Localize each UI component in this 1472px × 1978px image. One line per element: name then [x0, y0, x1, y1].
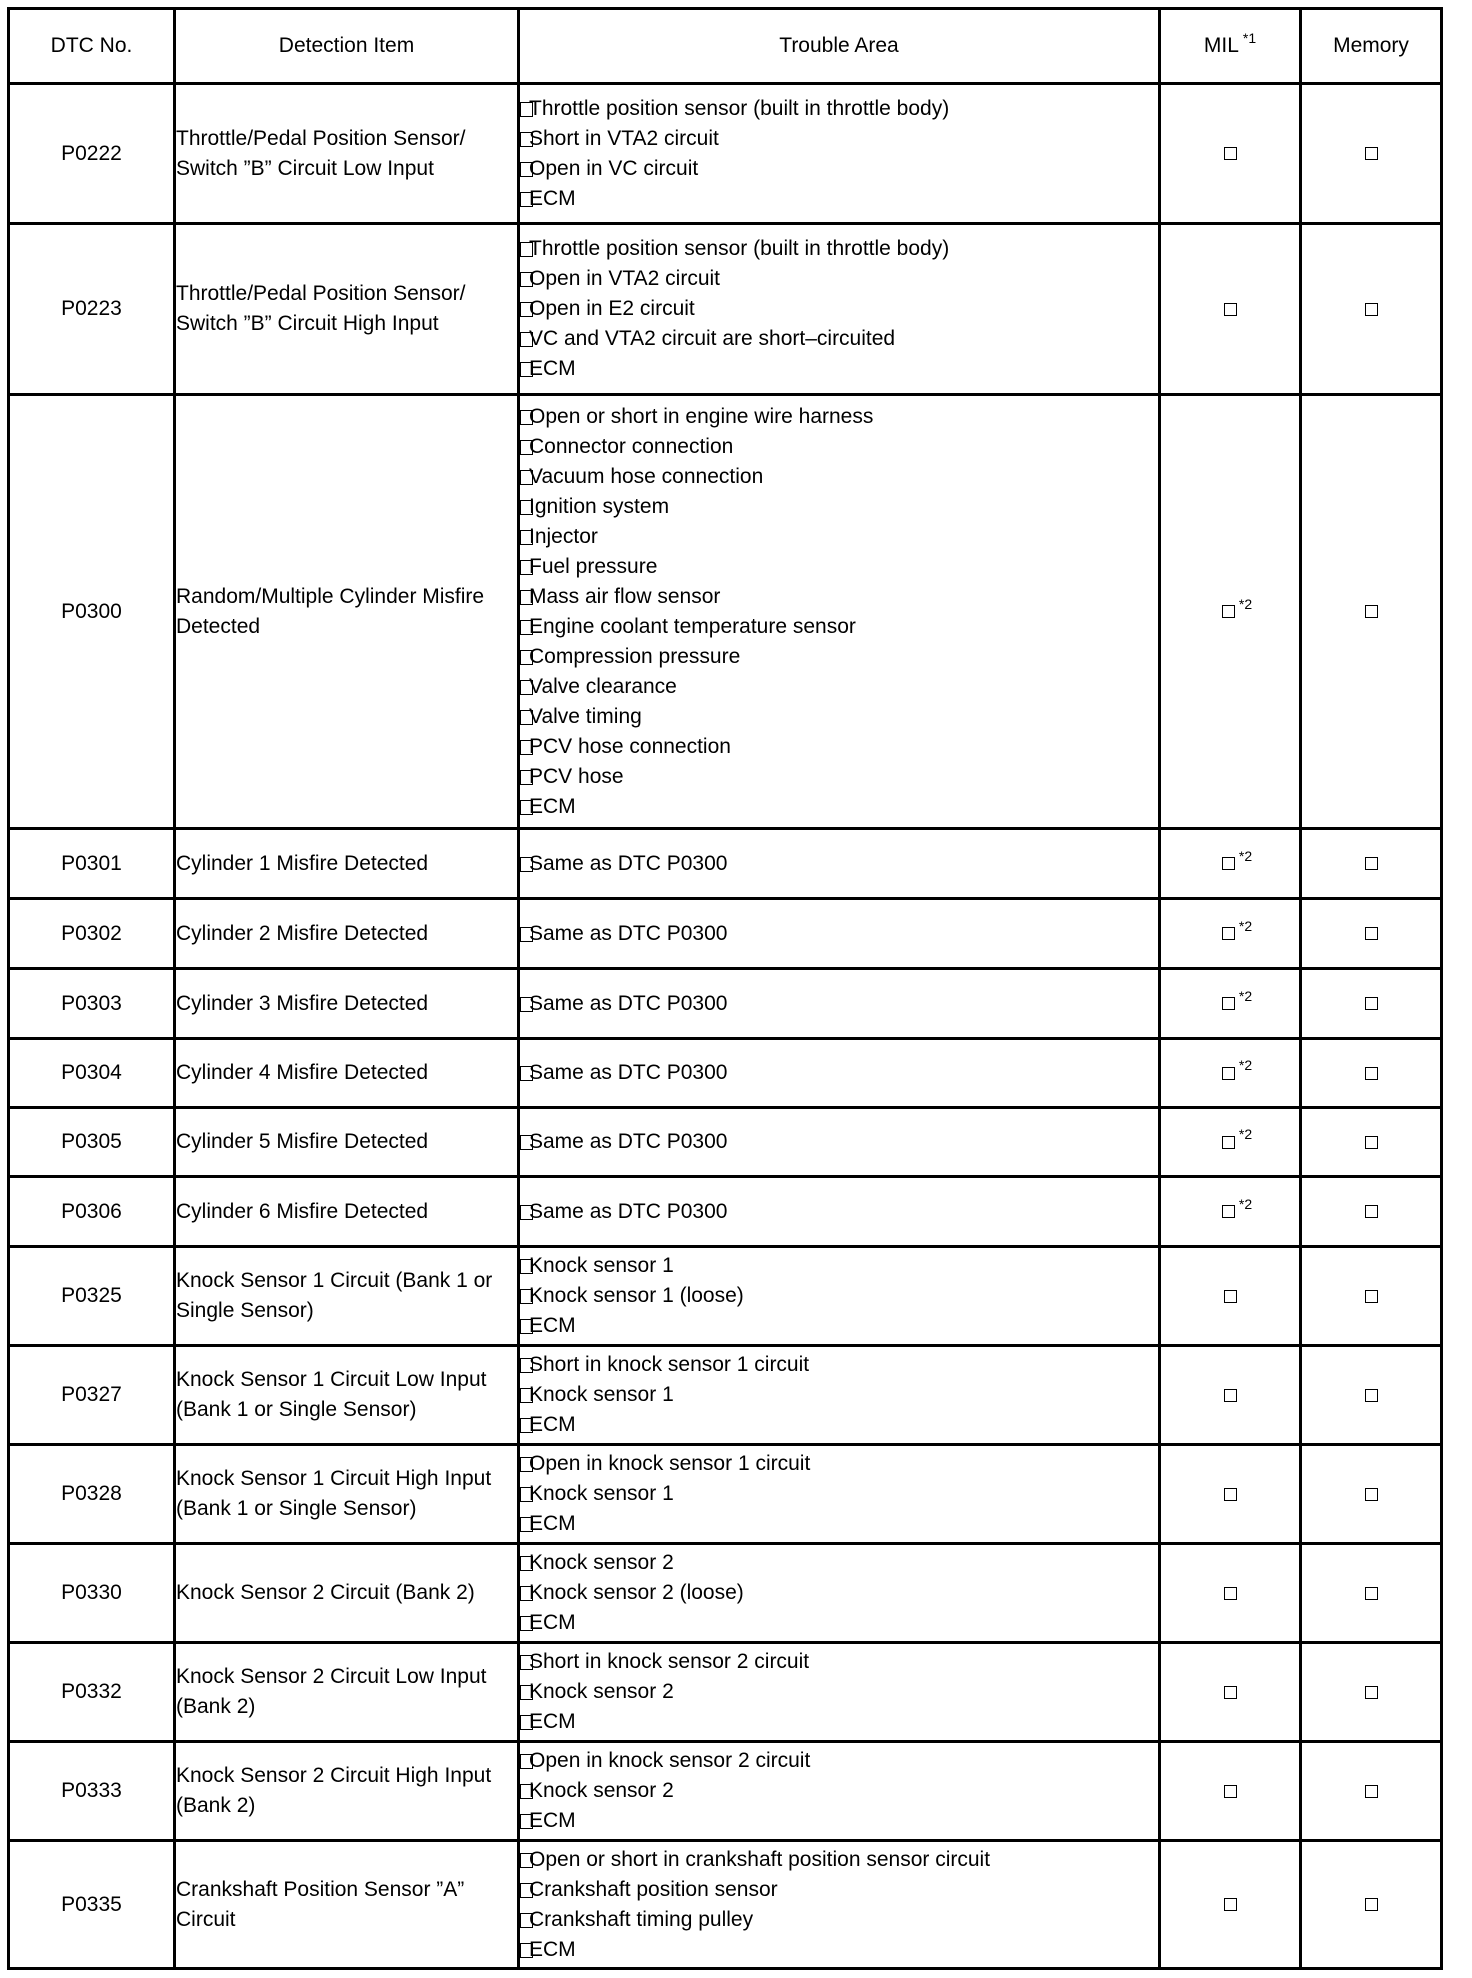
mil-footnote: *2 [1239, 1126, 1252, 1142]
trouble-area-item: Compression pressure [520, 642, 1158, 672]
mil-cell [1160, 1247, 1301, 1346]
mil-indicator-icon [1224, 1389, 1237, 1402]
dtc-code: P0301 [9, 829, 175, 899]
table-row: P0301Cylinder 1 Misfire DetectedSame as … [9, 829, 1442, 899]
mil-indicator-icon [1222, 857, 1235, 870]
detection-item: Cylinder 1 Misfire Detected [175, 829, 519, 899]
memory-cell [1301, 1108, 1442, 1177]
mil-footnote: *2 [1239, 596, 1252, 612]
mil-cell: *2 [1160, 1177, 1301, 1247]
trouble-area-item: Throttle position sensor (built in throt… [520, 234, 1158, 264]
mil-cell: *2 [1160, 829, 1301, 899]
trouble-area-item: PCV hose connection [520, 732, 1158, 762]
trouble-area-item: Open in knock sensor 1 circuit [520, 1449, 1158, 1479]
mil-indicator-icon [1222, 605, 1235, 618]
detection-item: Crankshaft Position Sensor ”A” Circuit [175, 1841, 519, 1969]
trouble-area-item: ECM [520, 1935, 1158, 1965]
mil-cell: *2 [1160, 899, 1301, 969]
memory-indicator-icon [1365, 1205, 1378, 1218]
table-row: P0327Knock Sensor 1 Circuit Low Input (B… [9, 1346, 1442, 1445]
dtc-code: P0332 [9, 1643, 175, 1742]
trouble-area-item: Connector connection [520, 432, 1158, 462]
detection-item: Knock Sensor 2 Circuit High Input (Bank … [175, 1742, 519, 1841]
trouble-area: Same as DTC P0300 [519, 1177, 1160, 1247]
memory-cell [1301, 1544, 1442, 1643]
mil-indicator-icon [1224, 1587, 1237, 1600]
mil-cell [1160, 1445, 1301, 1544]
mil-indicator-icon [1224, 1686, 1237, 1699]
trouble-area-item: ECM [520, 1806, 1158, 1836]
mil-cell [1160, 224, 1301, 395]
detection-item: Random/Multiple Cylinder Misfire Detecte… [175, 395, 519, 829]
trouble-area: Open in knock sensor 1 circuitKnock sens… [519, 1445, 1160, 1544]
mil-footnote: *2 [1239, 988, 1252, 1004]
trouble-area-item: Open in VC circuit [520, 154, 1158, 184]
dtc-table: DTC No. Detection Item Trouble Area MIL*… [7, 7, 1443, 1970]
trouble-area-item: Same as DTC P0300 [520, 1058, 1158, 1088]
trouble-area: Same as DTC P0300 [519, 969, 1160, 1039]
trouble-area-text: PCV hose [529, 765, 624, 788]
trouble-area-text: Throttle position sensor (built in throt… [529, 97, 949, 120]
trouble-area-text: Open or short in crankshaft position sen… [529, 1848, 990, 1871]
trouble-area-item: Short in knock sensor 2 circuit [520, 1647, 1158, 1677]
memory-cell [1301, 395, 1442, 829]
trouble-area-item: Fuel pressure [520, 552, 1158, 582]
trouble-area: Same as DTC P0300 [519, 829, 1160, 899]
trouble-area-text: ECM [529, 1512, 576, 1535]
table-row: P0222Throttle/Pedal Position Sensor/ Swi… [9, 84, 1442, 224]
dtc-code: P0300 [9, 395, 175, 829]
detection-item: Cylinder 5 Misfire Detected [175, 1108, 519, 1177]
trouble-area-item: Valve timing [520, 702, 1158, 732]
trouble-area-text: Engine coolant temperature sensor [529, 615, 856, 638]
mil-indicator-icon [1224, 1785, 1237, 1798]
mil-footnote: *2 [1239, 1196, 1252, 1212]
trouble-area-item: Open or short in crankshaft position sen… [520, 1845, 1158, 1875]
trouble-area-text: Open in VTA2 circuit [529, 267, 720, 290]
table-row: P0303Cylinder 3 Misfire DetectedSame as … [9, 969, 1442, 1039]
trouble-area-text: Ignition system [529, 495, 669, 518]
trouble-area-text: Compression pressure [529, 645, 740, 668]
trouble-area-item: Open in E2 circuit [520, 294, 1158, 324]
mil-indicator-icon [1222, 1136, 1235, 1149]
dtc-code: P0304 [9, 1039, 175, 1108]
mil-cell [1160, 1544, 1301, 1643]
trouble-area-text: Open in knock sensor 2 circuit [529, 1749, 810, 1772]
trouble-area: Knock sensor 1Knock sensor 1 (loose)ECM [519, 1247, 1160, 1346]
detection-item: Cylinder 6 Misfire Detected [175, 1177, 519, 1247]
mil-cell: *2 [1160, 1039, 1301, 1108]
trouble-area-item: ECM [520, 1311, 1158, 1341]
memory-cell [1301, 1643, 1442, 1742]
memory-indicator-icon [1365, 1290, 1378, 1303]
mil-cell [1160, 1742, 1301, 1841]
trouble-area-text: Same as DTC P0300 [529, 922, 727, 945]
trouble-area-item: Knock sensor 2 (loose) [520, 1578, 1158, 1608]
table-row: P0304Cylinder 4 Misfire DetectedSame as … [9, 1039, 1442, 1108]
trouble-area: Open or short in crankshaft position sen… [519, 1841, 1160, 1969]
trouble-area-text: Short in knock sensor 1 circuit [529, 1353, 809, 1376]
trouble-area-item: ECM [520, 1410, 1158, 1440]
table-row: P0300Random/Multiple Cylinder Misfire De… [9, 395, 1442, 829]
trouble-area-item: ECM [520, 792, 1158, 822]
mil-indicator-icon [1222, 927, 1235, 940]
table-row: P0223Throttle/Pedal Position Sensor/ Swi… [9, 224, 1442, 395]
mil-cell: *2 [1160, 1108, 1301, 1177]
trouble-area-item: Knock sensor 2 [520, 1776, 1158, 1806]
trouble-area-text: Same as DTC P0300 [529, 1130, 727, 1153]
trouble-area-item: Injector [520, 522, 1158, 552]
memory-indicator-icon [1365, 927, 1378, 940]
trouble-area-item: PCV hose [520, 762, 1158, 792]
trouble-area: Same as DTC P0300 [519, 899, 1160, 969]
trouble-area-text: Short in knock sensor 2 circuit [529, 1650, 809, 1673]
trouble-area-text: Knock sensor 1 [529, 1254, 674, 1277]
trouble-area-text: Knock sensor 1 [529, 1482, 674, 1505]
trouble-area-item: ECM [520, 184, 1158, 214]
detection-item: Knock Sensor 1 Circuit Low Input (Bank 1… [175, 1346, 519, 1445]
trouble-area-text: ECM [529, 1611, 576, 1634]
trouble-area-text: Knock sensor 2 (loose) [529, 1581, 744, 1604]
trouble-area-item: Short in VTA2 circuit [520, 124, 1158, 154]
mil-cell: *2 [1160, 395, 1301, 829]
trouble-area-item: Valve clearance [520, 672, 1158, 702]
trouble-area-item: ECM [520, 1509, 1158, 1539]
dtc-code: P0327 [9, 1346, 175, 1445]
trouble-area-text: Same as DTC P0300 [529, 992, 727, 1015]
table-row: P0302Cylinder 2 Misfire DetectedSame as … [9, 899, 1442, 969]
mil-footnote: *2 [1239, 848, 1252, 864]
dtc-code: P0335 [9, 1841, 175, 1969]
trouble-area-text: ECM [529, 1413, 576, 1436]
memory-indicator-icon [1365, 1587, 1378, 1600]
trouble-area-text: VC and VTA2 circuit are short–circuited [529, 327, 895, 350]
memory-indicator-icon [1365, 147, 1378, 160]
trouble-area: Throttle position sensor (built in throt… [519, 84, 1160, 224]
trouble-area-item: Ignition system [520, 492, 1158, 522]
trouble-area-text: ECM [529, 1938, 576, 1961]
trouble-area-text: Valve clearance [529, 675, 677, 698]
trouble-area-item: Knock sensor 2 [520, 1677, 1158, 1707]
mil-footnote: *2 [1239, 1057, 1252, 1073]
mil-indicator-icon [1224, 1488, 1237, 1501]
trouble-area-text: Crankshaft position sensor [529, 1878, 778, 1901]
mil-indicator-icon [1224, 147, 1237, 160]
trouble-area-item: ECM [520, 1707, 1158, 1737]
trouble-area-text: Short in VTA2 circuit [529, 127, 719, 150]
mil-cell [1160, 1841, 1301, 1969]
memory-cell [1301, 224, 1442, 395]
trouble-area: Same as DTC P0300 [519, 1108, 1160, 1177]
trouble-area-item: Knock sensor 1 (loose) [520, 1281, 1158, 1311]
memory-cell [1301, 1346, 1442, 1445]
trouble-area-text: ECM [529, 1314, 576, 1337]
memory-indicator-icon [1365, 1136, 1378, 1149]
dtc-code: P0330 [9, 1544, 175, 1643]
trouble-area-item: Knock sensor 1 [520, 1479, 1158, 1509]
trouble-area-item: Same as DTC P0300 [520, 919, 1158, 949]
trouble-area-text: ECM [529, 357, 576, 380]
header-mil-label: MIL [1204, 34, 1239, 57]
dtc-table-body: P0222Throttle/Pedal Position Sensor/ Swi… [9, 84, 1442, 1969]
memory-cell [1301, 1841, 1442, 1969]
dtc-code: P0305 [9, 1108, 175, 1177]
trouble-area-item: Same as DTC P0300 [520, 1197, 1158, 1227]
table-row: P0328Knock Sensor 1 Circuit High Input (… [9, 1445, 1442, 1544]
memory-cell [1301, 1445, 1442, 1544]
mil-indicator-icon [1224, 1290, 1237, 1303]
trouble-area-item: VC and VTA2 circuit are short–circuited [520, 324, 1158, 354]
mil-indicator-icon [1222, 1067, 1235, 1080]
table-row: P0305Cylinder 5 Misfire DetectedSame as … [9, 1108, 1442, 1177]
trouble-area-item: Open in knock sensor 2 circuit [520, 1746, 1158, 1776]
memory-cell [1301, 969, 1442, 1039]
trouble-area: Same as DTC P0300 [519, 1039, 1160, 1108]
mil-footnote: *2 [1239, 918, 1252, 934]
trouble-area-item: Same as DTC P0300 [520, 989, 1158, 1019]
mil-indicator-icon [1222, 1205, 1235, 1218]
memory-cell [1301, 84, 1442, 224]
table-row: P0335Crankshaft Position Sensor ”A” Circ… [9, 1841, 1442, 1969]
trouble-area-text: Injector [529, 525, 598, 548]
header-detection-item: Detection Item [175, 9, 519, 84]
trouble-area-item: Same as DTC P0300 [520, 1127, 1158, 1157]
trouble-area-text: Open in knock sensor 1 circuit [529, 1452, 810, 1475]
memory-cell [1301, 829, 1442, 899]
memory-indicator-icon [1365, 303, 1378, 316]
trouble-area-item: Open or short in engine wire harness [520, 402, 1158, 432]
mil-cell [1160, 84, 1301, 224]
detection-item: Cylinder 2 Misfire Detected [175, 899, 519, 969]
trouble-area-text: ECM [529, 795, 576, 818]
table-row: P0332Knock Sensor 2 Circuit Low Input (B… [9, 1643, 1442, 1742]
dtc-code: P0328 [9, 1445, 175, 1544]
memory-indicator-icon [1365, 1389, 1378, 1402]
dtc-code: P0306 [9, 1177, 175, 1247]
trouble-area-item: Engine coolant temperature sensor [520, 612, 1158, 642]
trouble-area: Open in knock sensor 2 circuitKnock sens… [519, 1742, 1160, 1841]
detection-item: Knock Sensor 1 Circuit (Bank 1 or Single… [175, 1247, 519, 1346]
trouble-area: Throttle position sensor (built in throt… [519, 224, 1160, 395]
memory-cell [1301, 899, 1442, 969]
trouble-area-item: Same as DTC P0300 [520, 849, 1158, 879]
trouble-area-item: Vacuum hose connection [520, 462, 1158, 492]
detection-item: Knock Sensor 1 Circuit High Input (Bank … [175, 1445, 519, 1544]
trouble-area-item: Short in knock sensor 1 circuit [520, 1350, 1158, 1380]
header-dtc-no: DTC No. [9, 9, 175, 84]
trouble-area-item: Knock sensor 1 [520, 1251, 1158, 1281]
trouble-area: Short in knock sensor 1 circuitKnock sen… [519, 1346, 1160, 1445]
trouble-area-text: Fuel pressure [529, 555, 657, 578]
dtc-code: P0223 [9, 224, 175, 395]
detection-item: Throttle/Pedal Position Sensor/ Switch ”… [175, 224, 519, 395]
trouble-area-text: Knock sensor 2 [529, 1551, 674, 1574]
trouble-area: Knock sensor 2Knock sensor 2 (loose)ECM [519, 1544, 1160, 1643]
trouble-area-item: Mass air flow sensor [520, 582, 1158, 612]
trouble-area-item: Crankshaft position sensor [520, 1875, 1158, 1905]
trouble-area-text: Connector connection [529, 435, 733, 458]
trouble-area-text: Knock sensor 1 [529, 1383, 674, 1406]
detection-item: Cylinder 4 Misfire Detected [175, 1039, 519, 1108]
memory-indicator-icon [1365, 1785, 1378, 1798]
trouble-area-item: ECM [520, 354, 1158, 384]
mil-cell [1160, 1643, 1301, 1742]
trouble-area: Short in knock sensor 2 circuitKnock sen… [519, 1643, 1160, 1742]
table-row: P0330Knock Sensor 2 Circuit (Bank 2)Knoc… [9, 1544, 1442, 1643]
dtc-code: P0333 [9, 1742, 175, 1841]
header-mil: MIL*1 [1160, 9, 1301, 84]
trouble-area-text: Knock sensor 2 [529, 1779, 674, 1802]
trouble-area-text: Crankshaft timing pulley [529, 1908, 753, 1931]
table-row: P0325Knock Sensor 1 Circuit (Bank 1 or S… [9, 1247, 1442, 1346]
header-trouble-area: Trouble Area [519, 9, 1160, 84]
mil-cell [1160, 1346, 1301, 1445]
trouble-area-text: Open or short in engine wire harness [529, 405, 873, 428]
trouble-area-item: Crankshaft timing pulley [520, 1905, 1158, 1935]
trouble-area-text: ECM [529, 187, 576, 210]
trouble-area-item: Knock sensor 1 [520, 1380, 1158, 1410]
trouble-area-text: PCV hose connection [529, 735, 731, 758]
trouble-area-item: Throttle position sensor (built in throt… [520, 94, 1158, 124]
trouble-area-text: Same as DTC P0300 [529, 1061, 727, 1084]
memory-indicator-icon [1365, 997, 1378, 1010]
trouble-area-text: ECM [529, 1809, 576, 1832]
memory-cell [1301, 1742, 1442, 1841]
memory-cell [1301, 1177, 1442, 1247]
mil-indicator-icon [1224, 303, 1237, 316]
memory-cell [1301, 1039, 1442, 1108]
memory-indicator-icon [1365, 1686, 1378, 1699]
header-memory: Memory [1301, 9, 1442, 84]
mil-cell: *2 [1160, 969, 1301, 1039]
trouble-area-text: Same as DTC P0300 [529, 852, 727, 875]
header-mil-footnote: *1 [1243, 30, 1256, 46]
detection-item: Knock Sensor 2 Circuit Low Input (Bank 2… [175, 1643, 519, 1742]
trouble-area-text: Knock sensor 1 (loose) [529, 1284, 744, 1307]
table-row: P0306Cylinder 6 Misfire DetectedSame as … [9, 1177, 1442, 1247]
trouble-area-item: ECM [520, 1608, 1158, 1638]
mil-indicator-icon [1222, 997, 1235, 1010]
dtc-code: P0222 [9, 84, 175, 224]
trouble-area-text: Same as DTC P0300 [529, 1200, 727, 1223]
trouble-area-text: Open in E2 circuit [529, 297, 695, 320]
mil-indicator-icon [1224, 1898, 1237, 1911]
dtc-code: P0302 [9, 899, 175, 969]
trouble-area-text: Mass air flow sensor [529, 585, 720, 608]
trouble-area-text: Open in VC circuit [529, 157, 698, 180]
memory-indicator-icon [1365, 605, 1378, 618]
detection-item: Throttle/Pedal Position Sensor/ Switch ”… [175, 84, 519, 224]
table-row: P0333Knock Sensor 2 Circuit High Input (… [9, 1742, 1442, 1841]
trouble-area: Open or short in engine wire harnessConn… [519, 395, 1160, 829]
trouble-area-text: Vacuum hose connection [529, 465, 763, 488]
memory-indicator-icon [1365, 1067, 1378, 1080]
detection-item: Knock Sensor 2 Circuit (Bank 2) [175, 1544, 519, 1643]
trouble-area-text: Valve timing [529, 705, 642, 728]
trouble-area-item: Open in VTA2 circuit [520, 264, 1158, 294]
header-row: DTC No. Detection Item Trouble Area MIL*… [9, 9, 1442, 84]
memory-cell [1301, 1247, 1442, 1346]
dtc-code: P0325 [9, 1247, 175, 1346]
trouble-area-text: Knock sensor 2 [529, 1680, 674, 1703]
memory-indicator-icon [1365, 1898, 1378, 1911]
trouble-area-item: Knock sensor 2 [520, 1548, 1158, 1578]
trouble-area-text: Throttle position sensor (built in throt… [529, 237, 949, 260]
memory-indicator-icon [1365, 857, 1378, 870]
memory-indicator-icon [1365, 1488, 1378, 1501]
detection-item: Cylinder 3 Misfire Detected [175, 969, 519, 1039]
dtc-code: P0303 [9, 969, 175, 1039]
trouble-area-text: ECM [529, 1710, 576, 1733]
